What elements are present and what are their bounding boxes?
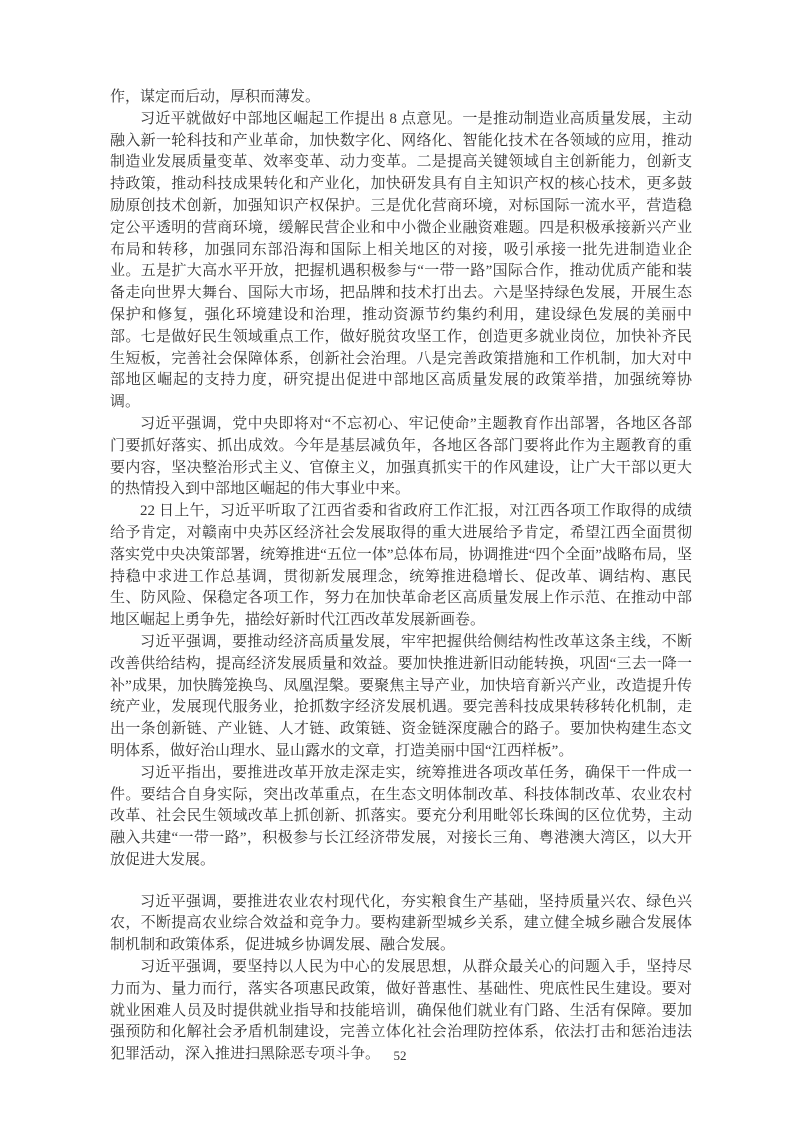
paragraph: 习近平强调，党中央即将对“不忘初心、牢记使命”主题教育作出部署，各地区各部门要抓… <box>110 414 692 501</box>
document-body: 作，谋定而后动，厚积而薄发。习近平就做好中部地区崛起工作提出 8 点意见。一是推… <box>110 87 692 1066</box>
paragraph: 22 日上午，习近平听取了江西省委和省政府工作汇报，对江西各项工作取得的成绩给予… <box>110 501 692 632</box>
paragraph: 习近平指出，要推进改革开放走深走实，统筹推进各项改革任务，确保干一件成一件。要结… <box>110 763 692 872</box>
page-number: 52 <box>0 1048 800 1064</box>
paragraph: 习近平就做好中部地区崛起工作提出 8 点意见。一是推动制造业高质量发展，主动融入… <box>110 109 692 414</box>
paragraph: 习近平强调，要推进农业农村现代化，夯实粮食生产基础，坚持质量兴农、绿色兴农，不断… <box>110 892 692 957</box>
paragraph: 习近平强调，要推动经济高质量发展，牢牢把握供给侧结构性改革这条主线，不断改善供给… <box>110 632 692 763</box>
document-page: 作，谋定而后动，厚积而薄发。习近平就做好中部地区崛起工作提出 8 点意见。一是推… <box>0 0 800 1133</box>
paragraph: 作，谋定而后动，厚积而薄发。 <box>110 87 692 109</box>
